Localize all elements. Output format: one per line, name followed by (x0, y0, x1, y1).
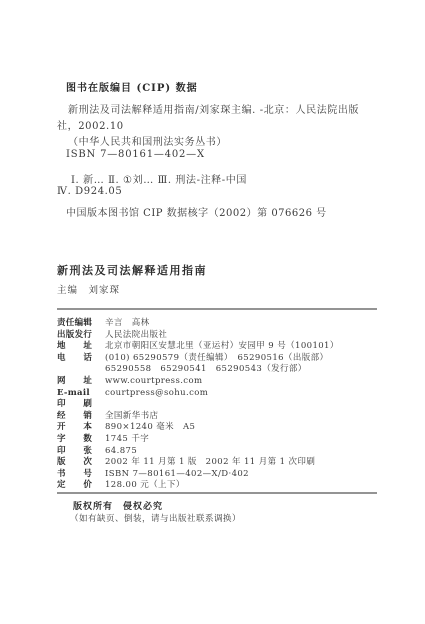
cip-classification-line-1: Ⅰ. 新… Ⅱ. ①刘… Ⅲ. 刑法-注释-中国 (71, 171, 247, 186)
colophon-row-editor: 责任编辑 辛言 高林 (57, 318, 397, 330)
row-value: 65290558 65290541 65290543（发行部） (105, 364, 307, 376)
row-value: (010) 65290579（责任编辑） 65290516（出版部） (105, 353, 328, 365)
divider-top (57, 308, 377, 310)
divider-bottom (57, 492, 377, 494)
cip-series-title: （中华人民共和国刑法实务丛书） (68, 133, 227, 148)
row-label: 经 销 (57, 411, 105, 423)
row-label: 地 址 (57, 341, 105, 353)
row-label: 定 价 (57, 480, 105, 492)
colophon-row-word-count: 字 数 1745 千字 (57, 434, 397, 446)
cip-title-line-2: 社，2002.10 (57, 117, 124, 132)
row-label: 印 刷 (57, 399, 105, 411)
row-label: 字 数 (57, 434, 105, 446)
row-value: 64.875 (105, 446, 137, 458)
colophon-row-distributor: 经 销 全国新华书店 (57, 411, 397, 423)
copyright-exchange-note: （如有缺页、倒装，请与出版社联系调换） (70, 512, 241, 524)
row-value: 890×1240 毫米 A5 (105, 422, 195, 434)
colophon-row-email: E-mail courtpress@sohu.com (57, 388, 397, 400)
row-label: 书 号 (57, 469, 105, 481)
book-title: 新刑法及司法解释适用指南 (57, 262, 207, 278)
row-value: 北京市朝阳区安慧北里（亚运村）安园甲 9 号（100101） (105, 341, 339, 353)
colophon-row-website: 网 址 www.courtpress.com (57, 376, 397, 388)
row-value: 2002 年 11 月第 1 版 2002 年 11 月第 1 次印刷 (105, 457, 315, 469)
cip-header: 图书在版编目 (CIP) 数据 (66, 79, 198, 94)
row-label: 电 话 (57, 353, 105, 365)
copyright-notice: 版权所有 侵权必究 (73, 499, 163, 512)
colophon-row-format: 开 本 890×1240 毫米 A5 (57, 422, 397, 434)
colophon-row-sheets: 印 张 64.875 (57, 446, 397, 458)
cip-classification-line-2: Ⅳ. D924.05 (57, 186, 122, 197)
colophon-table: 责任编辑 辛言 高林 出版发行 人民法院出版社 地 址 北京市朝阳区安慧北里（亚… (57, 318, 397, 492)
row-label: 责任编辑 (57, 318, 105, 330)
row-label: 开 本 (57, 422, 105, 434)
row-value: 128.00 元（上下） (105, 480, 185, 492)
row-label (57, 364, 105, 376)
row-label: 出版发行 (57, 330, 105, 342)
chief-editor-line: 主编 刘家琛 (57, 282, 120, 296)
row-value: courtpress@sohu.com (105, 388, 208, 400)
cip-title-line-1: 新刑法及司法解释适用指南/刘家琛主编. -北京：人民法院出版 (68, 101, 359, 116)
colophon-row-address: 地 址 北京市朝阳区安慧北里（亚运村）安园甲 9 号（100101） (57, 341, 397, 353)
row-label: E-mail (57, 388, 105, 400)
colophon-row-edition: 版 次 2002 年 11 月第 1 版 2002 年 11 月第 1 次印刷 (57, 457, 397, 469)
row-value: 辛言 高林 (105, 318, 150, 330)
row-label: 印 张 (57, 446, 105, 458)
row-value: 人民法院出版社 (105, 330, 167, 342)
cip-isbn: ISBN 7—80161—402—X (66, 149, 205, 160)
row-label: 网 址 (57, 376, 105, 388)
colophon-row-publisher: 出版发行 人民法院出版社 (57, 330, 397, 342)
colophon-row-phone-cont: 65290558 65290541 65290543（发行部） (57, 364, 397, 376)
row-label: 版 次 (57, 457, 105, 469)
cip-record-number: 中国版本图书馆 CIP 数据核字（2002）第 076626 号 (66, 204, 327, 219)
book-copyright-page: 图书在版编目 (CIP) 数据 新刑法及司法解释适用指南/刘家琛主编. -北京：… (0, 0, 425, 624)
colophon-row-book-number: 书 号 ISBN 7—80161—402—X/D·402 (57, 469, 397, 481)
colophon-row-phone: 电 话 (010) 65290579（责任编辑） 65290516（出版部） (57, 353, 397, 365)
row-value: www.courtpress.com (105, 376, 202, 388)
row-value: ISBN 7—80161—402—X/D·402 (105, 469, 249, 481)
colophon-row-printer: 印 刷 (57, 399, 397, 411)
colophon-row-price: 定 价 128.00 元（上下） (57, 480, 397, 492)
row-value: 1745 千字 (105, 434, 149, 446)
row-value: 全国新华书店 (105, 411, 158, 423)
